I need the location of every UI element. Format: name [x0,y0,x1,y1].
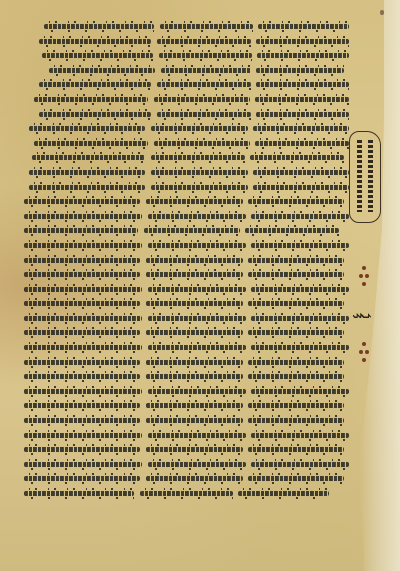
ink-stroke [253,185,349,190]
text-line-content: [illegible Syriac script] [24,108,25,109]
text-line: [illegible Syriac script] [24,239,349,254]
ink-stroke [24,316,142,321]
ink-stroke [256,82,349,87]
ink-stroke [248,476,344,481]
ink-stroke [151,126,248,131]
ink-stroke [255,141,349,146]
ink-stroke [24,418,140,423]
ink-stroke [251,389,349,394]
ink-stroke [148,287,246,292]
ink-stroke [144,228,240,233]
ink-stroke [24,389,142,394]
marginal-note-text: [boxed marginal annotation in Syriac, tw… [350,132,351,133]
manuscript-page: [illegible Syriac script][illegible Syri… [0,0,400,571]
ink-stroke [238,491,329,496]
ink-stroke [248,258,344,263]
ink-stroke [253,170,349,175]
ink-stroke [256,112,349,117]
ink-stroke [146,403,243,408]
ink-stroke [146,476,243,481]
ink-stroke [148,316,246,321]
text-line: [illegible Syriac script] [24,49,349,64]
ink-stroke [148,243,246,248]
ink-stroke [161,68,251,73]
ink-stroke [32,155,145,160]
ink-stroke [24,433,142,438]
ink-stroke [248,374,344,379]
marginal-note-line [368,140,373,212]
marginal-note-box: [boxed marginal annotation in Syriac, tw… [349,131,381,223]
ink-stroke [248,330,344,335]
ink-stroke [146,301,243,306]
ink-stroke [250,155,344,160]
text-line: [illegible Syriac script] [24,414,349,429]
ink-stroke [245,228,339,233]
ink-stroke [39,112,151,117]
ink-stroke [29,185,145,190]
ink-stroke [248,301,344,306]
text-line: [illegible Syriac script] [24,399,349,414]
text-line: [illegible Syriac script] [24,20,349,35]
text-column: [illegible Syriac script][illegible Syri… [24,20,349,502]
text-line: [illegible Syriac script] [24,151,349,166]
text-line-content: [illegible Syriac script] [24,20,25,21]
text-line: [illegible Syriac script] [24,370,349,385]
ink-stroke [151,185,248,190]
ink-stroke [248,272,344,277]
ink-stroke [24,374,140,379]
text-line-content: [illegible Syriac script] [24,151,25,152]
text-line: [illegible Syriac script] [24,312,349,327]
text-line-content: [illegible Syriac script] [24,181,25,182]
text-line: [illegible Syriac script] [24,122,349,137]
text-line: [illegible Syriac script] [24,35,349,50]
ink-stroke [257,53,349,58]
text-line: [illegible Syriac script] [24,297,349,312]
ink-stroke [146,418,243,423]
text-line: [illegible Syriac script] [24,254,349,269]
ink-stroke [146,447,243,452]
ink-stroke [24,228,138,233]
ink-stroke [24,491,134,496]
ink-stroke [146,272,243,277]
ink-stroke [248,199,344,204]
ink-stroke [24,476,140,481]
text-line: [illegible Syriac script] [24,443,349,458]
marginal-note-line [357,140,362,212]
ink-stroke [148,214,246,219]
text-line: [illegible Syriac script] [24,181,349,196]
ink-stroke [39,82,151,87]
text-line: [illegible Syriac script] [24,356,349,371]
text-line: [illegible Syriac script] [24,487,349,502]
ink-stroke [248,360,344,365]
text-line-content: [illegible Syriac script] [24,166,25,167]
text-line-content: [illegible Syriac script] [24,93,25,94]
text-line-content: [illegible Syriac script] [24,137,25,138]
ink-stroke [256,68,344,73]
ink-stroke [157,39,251,44]
ink-stroke [146,374,243,379]
ink-stroke [24,447,140,452]
text-line: [illegible Syriac script] [24,326,349,341]
ink-stroke [148,389,246,394]
text-line-content: [illegible Syriac script] [24,64,25,65]
ink-stroke [24,214,142,219]
ink-stroke [251,345,349,350]
ink-stroke [248,447,344,452]
ink-stroke [159,53,252,58]
text-line-content: [illegible Syriac script] [24,49,25,50]
ink-stroke [148,433,246,438]
ink-stroke [24,243,142,248]
ink-stroke [24,258,140,263]
ink-stroke [24,403,140,408]
ink-stroke [251,316,349,321]
ink-stroke [146,330,243,335]
ink-stroke [24,199,140,204]
text-line: [illegible Syriac script] [24,108,349,123]
ink-stroke [160,24,253,29]
ink-stroke [151,170,248,175]
ink-stroke [44,24,154,29]
text-line: [illegible Syriac script] [24,429,349,444]
stain-mark [380,10,384,15]
text-line: [illegible Syriac script] [24,224,349,239]
ink-stroke [251,287,349,292]
ink-stroke [29,126,145,131]
ink-stroke [256,39,349,44]
ink-stroke [248,403,344,408]
text-line: [illegible Syriac script] [24,195,349,210]
ink-stroke [248,418,344,423]
ink-stroke [24,345,142,350]
text-line: [illegible Syriac script] [24,137,349,152]
ink-stroke [24,272,140,277]
ink-stroke [251,462,349,467]
text-line: [illegible Syriac script] [24,210,349,225]
text-line: [illegible Syriac script] [24,458,349,473]
text-line: [illegible Syriac script] [24,283,349,298]
ink-stroke [157,82,251,87]
text-line: [illegible Syriac script] [24,268,349,283]
ink-stroke [29,170,145,175]
ink-stroke [154,97,250,102]
ink-stroke [146,360,243,365]
text-line-content: [illegible Syriac script] [24,122,25,123]
ink-stroke [146,258,243,263]
ornament-icon [359,266,369,288]
ink-stroke [34,141,148,146]
ink-stroke [258,24,349,29]
text-line: [illegible Syriac script] [24,341,349,356]
ink-stroke [251,243,349,248]
text-line: [illegible Syriac script] [24,166,349,181]
ink-stroke [151,155,245,160]
text-line: [illegible Syriac script] [24,385,349,400]
text-line: [illegible Syriac script] [24,64,349,79]
ink-stroke [24,360,140,365]
ink-stroke [157,112,251,117]
ink-stroke [148,345,246,350]
text-line-content: [illegible Syriac script] [24,78,25,79]
ink-stroke [146,199,243,204]
ink-stroke [42,53,153,58]
ink-stroke [24,330,140,335]
ink-stroke [34,97,148,102]
ink-stroke [251,214,349,219]
text-line: [illegible Syriac script] [24,472,349,487]
ink-stroke [39,39,151,44]
text-line: [illegible Syriac script] [24,78,349,93]
text-line-content: [illegible Syriac script] [24,35,25,36]
ink-stroke [255,97,349,102]
ink-stroke [24,287,142,292]
ink-stroke [24,301,140,306]
ink-stroke [49,68,155,73]
ink-stroke [140,491,233,496]
ink-stroke [154,141,250,146]
quire-mark: ܝܚ [352,300,374,326]
ink-stroke [253,126,349,131]
text-line: [illegible Syriac script] [24,93,349,108]
ornament-icon [359,342,369,364]
ink-stroke [251,433,349,438]
ink-stroke [24,462,142,467]
ink-stroke [148,462,246,467]
